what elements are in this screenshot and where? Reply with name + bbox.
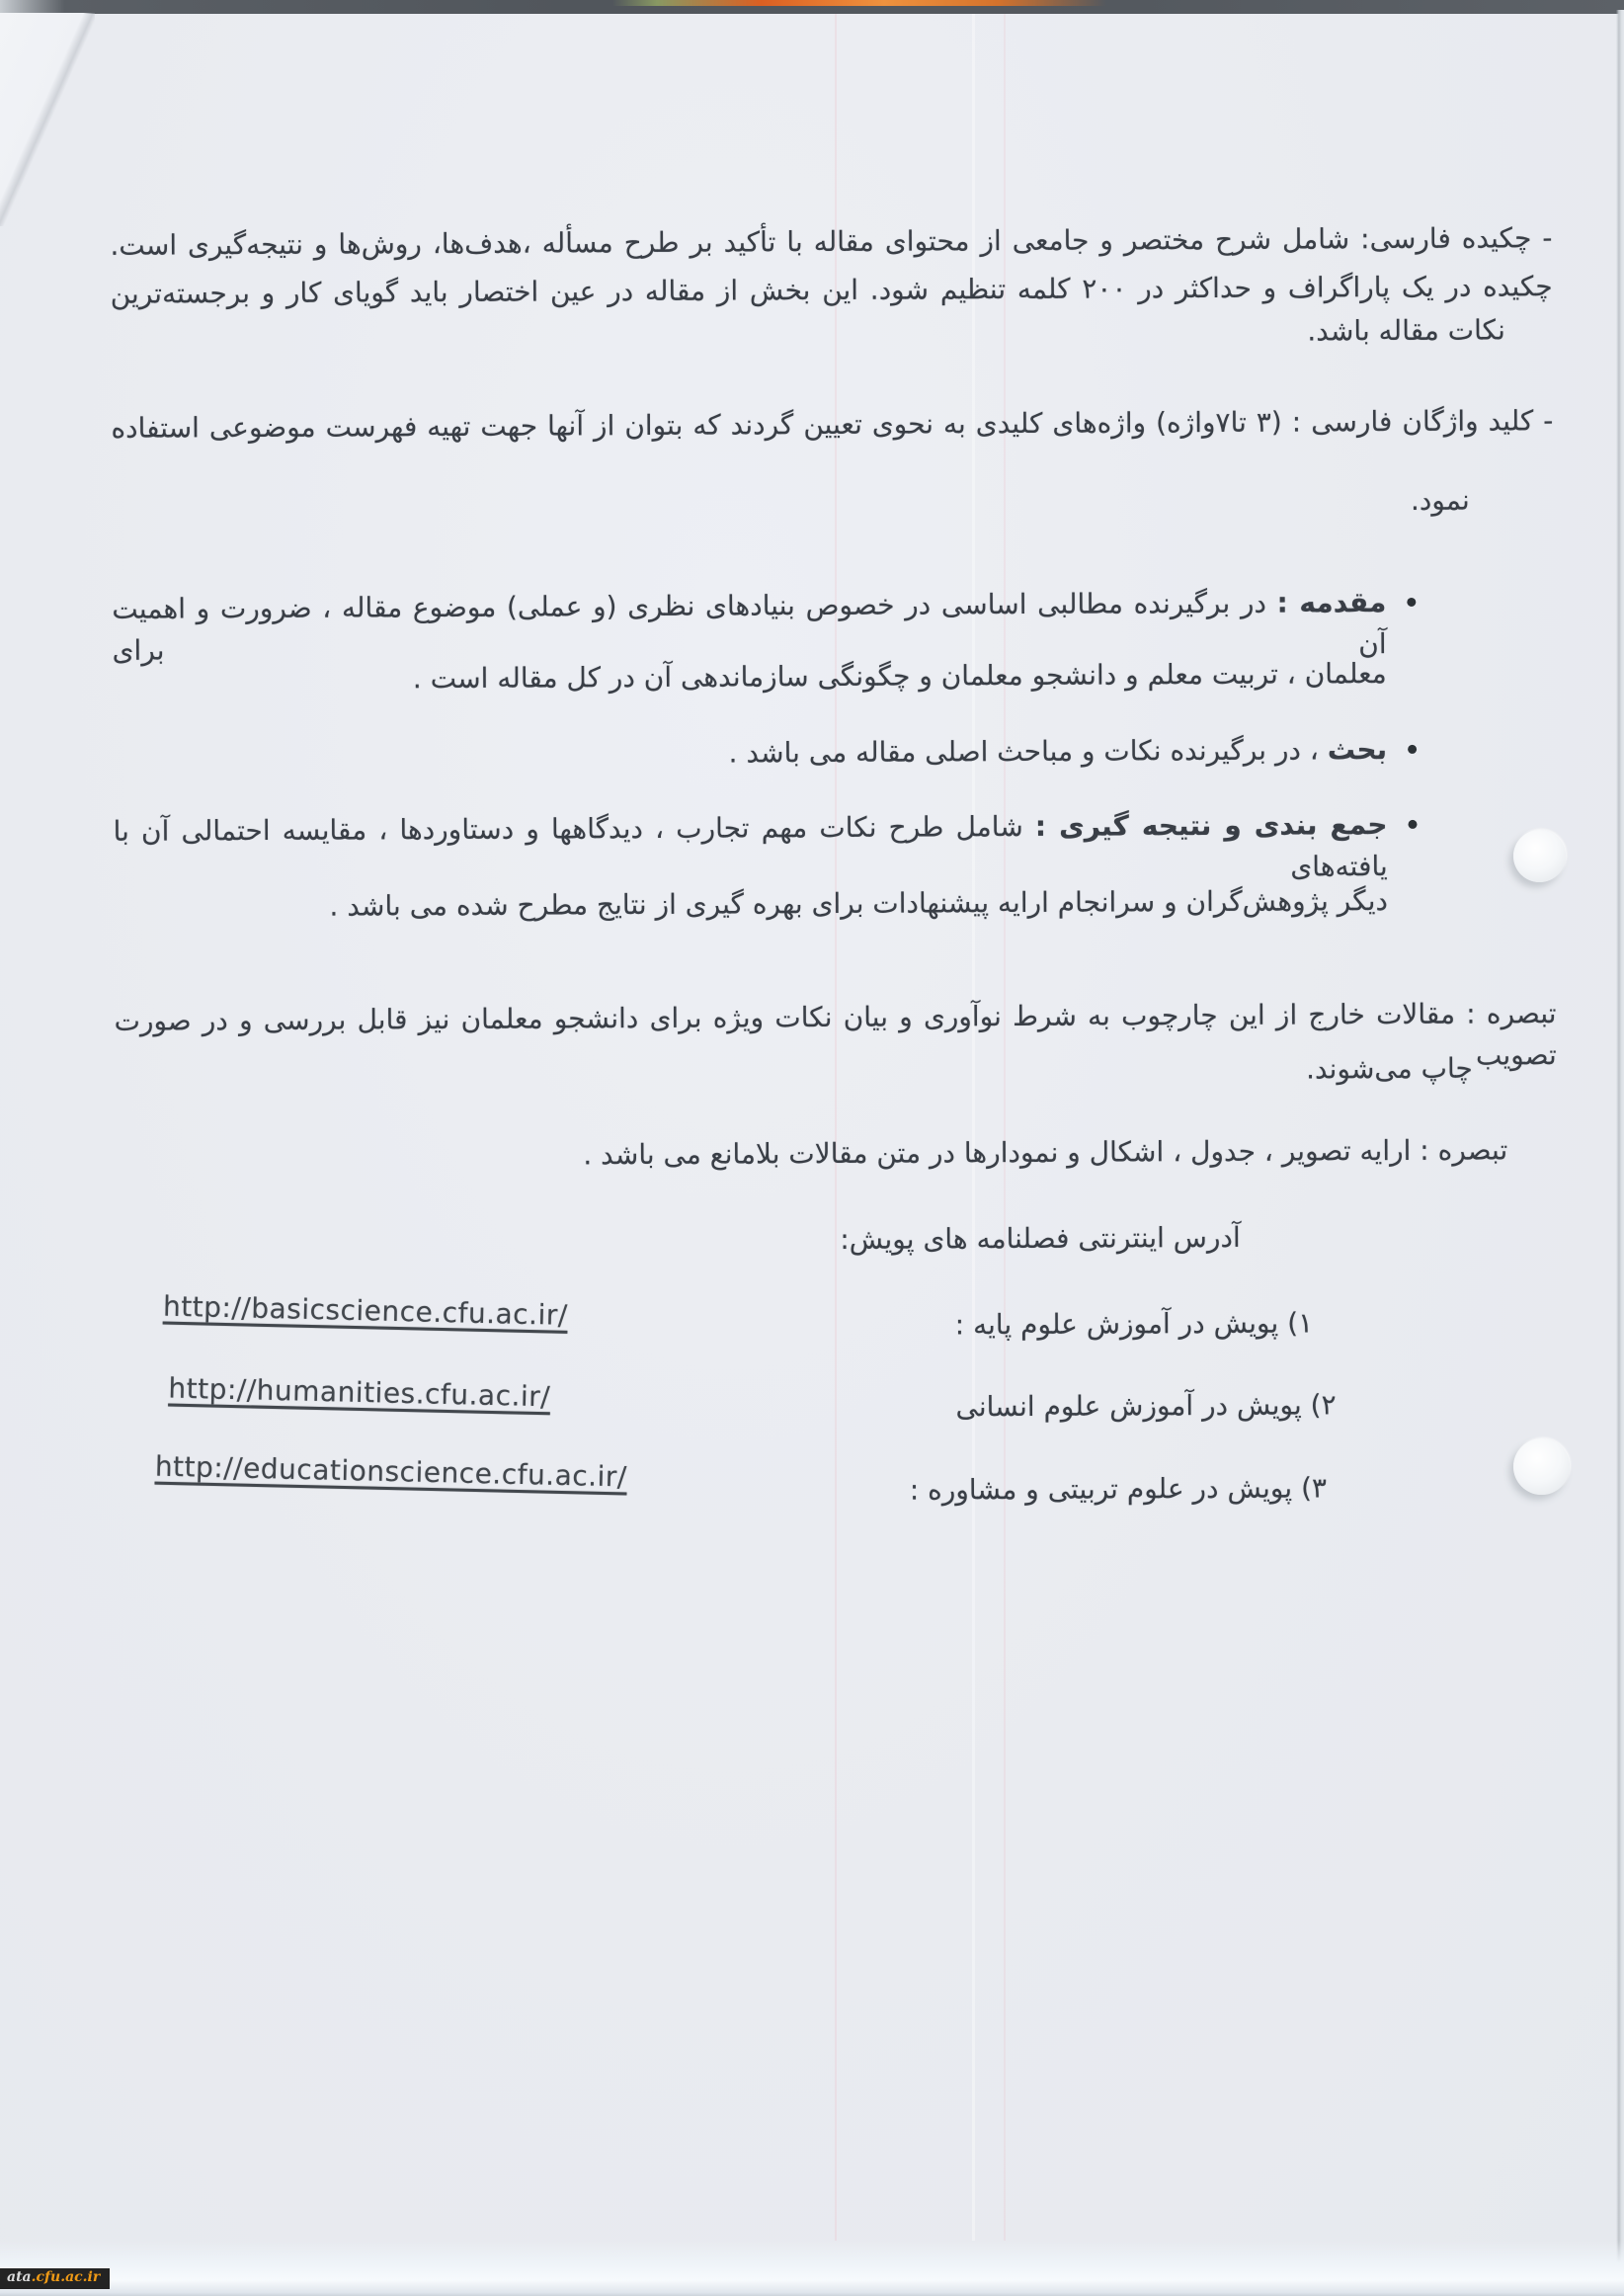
links-heading: آدرس اینترنتی فصلنامه های پویش: <box>840 1217 1241 1261</box>
bullet-icon <box>1407 598 1416 607</box>
journal-link-basicscience[interactable]: http://basicscience.cfu.ac.ir/ <box>163 1287 569 1336</box>
abstract-line-2: چکیده در یک پاراگراف و حداکثر در ۲۰۰ کلم… <box>111 266 1553 315</box>
bullet-item-discussion: بحث ، در برگیرنده نکات و مباحث اصلی مقال… <box>113 729 1387 778</box>
page-right-edge <box>1616 10 1624 2266</box>
bullet-item-introduction-line-2: معلمان ، تربیت معلم و دانشجو معلمان و چگ… <box>113 653 1387 701</box>
document-content: - چکیده فارسی: شامل شرح مختصر و جامعی از… <box>109 0 1563 2296</box>
note1-line-2: چاپ می‌شوند. <box>115 1047 1557 1097</box>
bullet-icon <box>1408 820 1417 829</box>
bullet-item-conclusion-line-2: دیگر پژوهش‌گران و سرانجام ارایه پیشنهادا… <box>114 880 1388 929</box>
journal-link-educationscience[interactable]: http://educationscience.cfu.ac.ir/ <box>154 1447 627 1498</box>
scanned-page: - چکیده فارسی: شامل شرح مختصر و جامعی از… <box>0 0 1624 2296</box>
discussion-label: بحث <box>1328 733 1388 766</box>
watermark-prefix: ata <box>7 2269 32 2285</box>
discussion-text: ، در برگیرنده نکات و مباحث اصلی مقاله می… <box>729 733 1319 769</box>
abstract-line-3: نکات مقاله باشد. <box>111 309 1553 359</box>
journal-label-education-counseling: ۳) پویش در علوم تربیتی و مشاوره : <box>910 1467 1327 1511</box>
introduction-label: مقدمه : <box>1277 586 1387 619</box>
journal-link-humanities[interactable]: http://humanities.cfu.ac.ir/ <box>168 1369 551 1418</box>
page-corner-fold <box>0 13 95 226</box>
conclusion-label: جمع بندی و نتیجه گیری : <box>1035 808 1388 843</box>
journal-label-humanities: ۲) پویش در آموزش علوم انسانی <box>955 1384 1336 1428</box>
note2-line: تبصره : ارایه تصویر ، جدول ، اشکال و نمو… <box>115 1129 1557 1179</box>
watermark-suffix: .cfu.ac.ir <box>32 2269 101 2285</box>
keywords-line-2: نمود. <box>112 479 1554 529</box>
bullet-icon <box>1408 745 1417 754</box>
site-watermark: ata.cfu.ac.ir <box>0 2268 110 2289</box>
abstract-line-1: - چکیده فارسی: شامل شرح مختصر و جامعی از… <box>110 217 1552 267</box>
journal-label-basic-science: ۱) پویش در آموزش علوم پایه : <box>955 1302 1314 1346</box>
keywords-line-1: - کلید واژگان فارسی : (۳ تا۷واژه) واژه‌ه… <box>111 400 1553 450</box>
